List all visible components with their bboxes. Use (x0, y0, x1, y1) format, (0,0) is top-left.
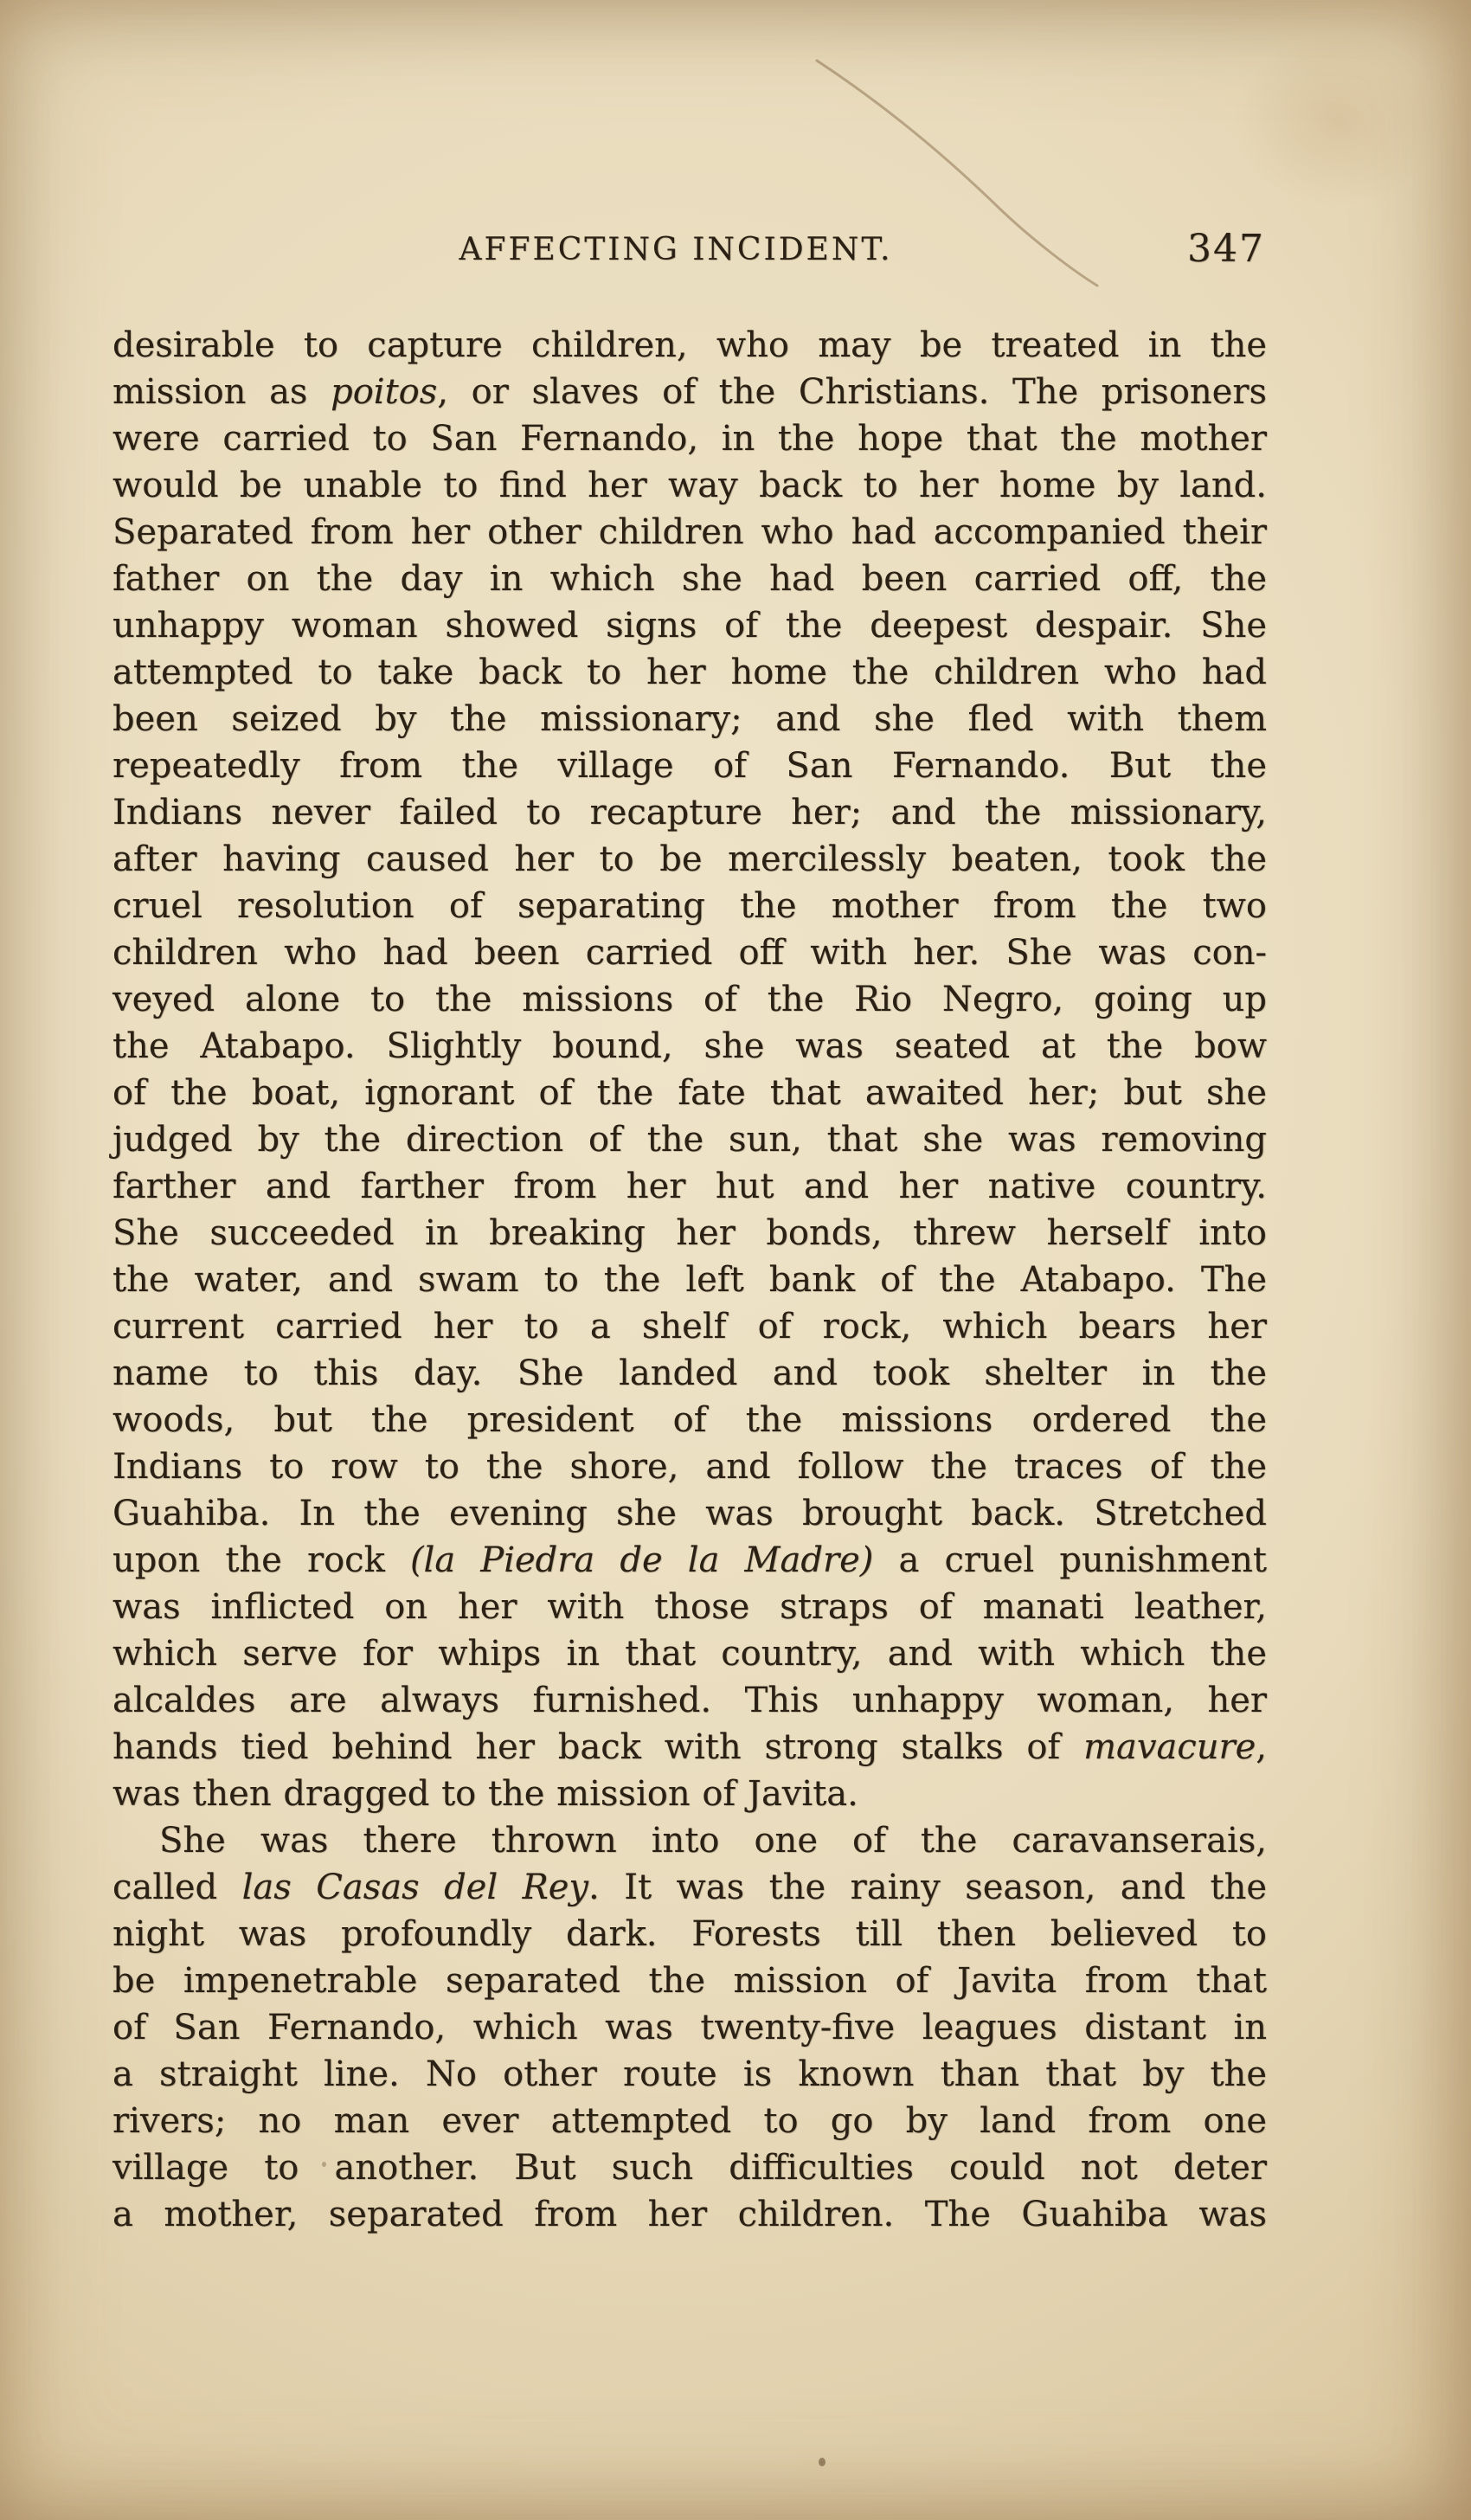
text-line: after having caused her to be mercilessl… (112, 836, 1267, 883)
text-line: which serve for whips in that country, a… (112, 1630, 1267, 1677)
scanned-page: AFFECTING INCIDENT. 347 desirable to cap… (0, 0, 1471, 2520)
text-line: attempted to take back to her home the c… (112, 649, 1267, 696)
text-line: a straight line. No other route is known… (112, 2051, 1267, 2098)
text-line: village to another. But such difficultie… (112, 2144, 1267, 2191)
text-line: night was profoundly dark. Forests till … (112, 1911, 1267, 1957)
text-line: a mother, separated from her children. T… (112, 2191, 1267, 2238)
text-line: veyed alone to the missions of the Rio N… (112, 976, 1267, 1023)
text-line: woods, but the president of the missions… (112, 1397, 1267, 1443)
text-line: judged by the direction of the sun, that… (112, 1116, 1267, 1163)
running-title: AFFECTING INCIDENT. (459, 232, 892, 267)
text-line: Indians to row to the shore, and follow … (112, 1443, 1267, 1490)
text-line: She succeeded in breaking her bonds, thr… (112, 1210, 1267, 1257)
text-line: upon the rock (la Piedra de la Madre) a … (112, 1537, 1267, 1584)
text-line: hands tied behind her back with strong s… (112, 1724, 1267, 1771)
text-line: current carried her to a shelf of rock, … (112, 1303, 1267, 1350)
text-line: been seized by the missionary; and she f… (112, 696, 1267, 742)
text-line: alcaldes are always furnished. This unha… (112, 1677, 1267, 1724)
text-line: desirable to capture children, who may b… (112, 322, 1267, 369)
text-line: called las Casas del Rey. It was the rai… (112, 1864, 1267, 1911)
text-line: the water, and swam to the left bank of … (112, 1257, 1267, 1303)
text-line: She was there thrown into one of the car… (112, 1817, 1267, 1864)
text-line: of the boat, ignorant of the fate that a… (112, 1070, 1267, 1116)
page-header: AFFECTING INCIDENT. 347 (112, 227, 1267, 270)
text-line: would be unable to find her way back to … (112, 462, 1267, 509)
page-content: AFFECTING INCIDENT. 347 desirable to cap… (112, 0, 1267, 2520)
text-line: the Atabapo. Slightly bound, she was sea… (112, 1023, 1267, 1070)
text-line: was inflicted on her with those straps o… (112, 1584, 1267, 1630)
text-line: of San Fernando, which was twenty-five l… (112, 2004, 1267, 2051)
text-line: Guahiba. In the evening she was brought … (112, 1490, 1267, 1537)
text-line: father on the day in which she had been … (112, 556, 1267, 602)
text-line: repeatedly from the village of San Ferna… (112, 742, 1267, 789)
text-line: children who had been carried off with h… (112, 929, 1267, 976)
text-line: Indians never failed to recapture her; a… (112, 789, 1267, 836)
text-line: name to this day. She landed and took sh… (112, 1350, 1267, 1397)
text-line: be impenetrable separated the mission of… (112, 1957, 1267, 2004)
text-line: rivers; no man ever attempted to go by l… (112, 2098, 1267, 2144)
text-line: were carried to San Fernando, in the hop… (112, 415, 1267, 462)
text-line: farther and farther from her hut and her… (112, 1163, 1267, 1210)
text-line: cruel resolution of separating the mothe… (112, 883, 1267, 929)
page-body: desirable to capture children, who may b… (112, 322, 1267, 2238)
text-line: was then dragged to the mission of Javit… (112, 1771, 1267, 1817)
text-line: Separated from her other children who ha… (112, 509, 1267, 556)
text-line: mission as poitos, or slaves of the Chri… (112, 369, 1267, 415)
text-line: unhappy woman showed signs of the deepes… (112, 602, 1267, 649)
page-number: 347 (1187, 227, 1265, 271)
